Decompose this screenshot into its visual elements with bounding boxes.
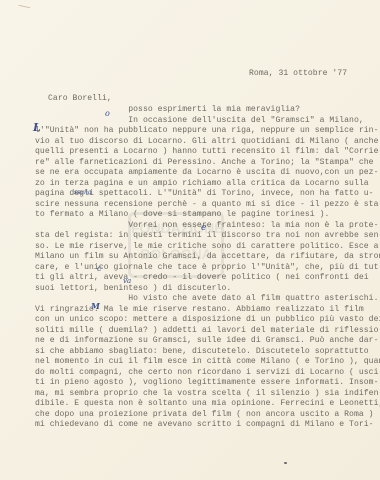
letter-line: re" alle farneticazioni di Peressino. An… <box>35 158 374 167</box>
letter-line: quelli presenti a Locarno ) hanno tutti … <box>35 147 380 156</box>
letter-line: si che abbiamo sbagliato: bene, discutet… <box>35 347 369 356</box>
letter-line: Milano un film su Antonio Gramsci, da ac… <box>35 252 380 261</box>
letter-line: che dopo una proiezione privata del film… <box>35 410 374 419</box>
letter-line: scire nessuna recensione perchè - a quan… <box>35 200 380 209</box>
letter-line: se ne era occupata ampiamente da Locarno… <box>35 168 379 177</box>
letter-line: ne e di informazione su Gramsci, sulle i… <box>35 336 379 345</box>
handwritten-correction: L <box>33 121 41 134</box>
letter-line: soliti mille ( duemila? ) addetti ai lav… <box>35 326 380 335</box>
letter-line: Vi ringrazio. Ma le mie riserve restano.… <box>35 305 364 314</box>
handwritten-correction: M <box>91 301 100 311</box>
letter-line: con un unico scopo: mettere a disposizio… <box>35 315 380 324</box>
letter-line: sta del regista: in questi termini il di… <box>35 231 380 240</box>
letter-line: nel momento in cui il film esce in città… <box>35 357 380 366</box>
letter-line: Vorrei non essere frainteso: la mia non … <box>35 221 379 230</box>
letter-salutation: Caro Borelli, <box>48 94 112 103</box>
letter-line: l'"Unità" non ha pubblicato neppure una … <box>35 126 379 135</box>
letter-date: Roma, 31 ottobre '77 <box>249 69 347 78</box>
letter-line: ma, mi sembra proprio che la vostra scel… <box>35 389 380 398</box>
letter-page: FONDAZIONE BOLOGNA Roma, 31 ottobre '77 … <box>0 0 380 480</box>
handwritten-correction: c <box>97 264 101 273</box>
letter-line: In occasione dell'uscita del "Gramsci" a… <box>35 116 364 125</box>
letter-line: zo in terza pagina e un ampio richiamo a… <box>35 179 369 188</box>
handwritten-correction: o <box>105 109 110 118</box>
letter-line: Ho visto che avete dato al film quattro … <box>35 294 379 303</box>
letter-line: mi chiedevano di come ne avevano scritto… <box>35 420 374 429</box>
handwritten-correction: ssuna <box>74 189 91 196</box>
letter-line: vio al tuo discorso di Locarno. Gli altr… <box>35 137 379 146</box>
handwritten-correction: e <box>201 223 206 233</box>
letter-line: suoi lettori, beninteso ) di discuterlo. <box>35 284 231 293</box>
ink-spot <box>284 462 287 464</box>
letter-line: posso esprimerti la mia meraviglia? <box>35 105 300 114</box>
letter-line: do molti compagni, che certo non ricorda… <box>35 368 380 377</box>
letter-line: care, e l'unico giornale che tace è prop… <box>35 263 380 272</box>
letter-line: ti in pieno agosto ), vogliono legittima… <box>35 378 379 387</box>
letter-line: so. Le mie riserve, le mie critiche sono… <box>35 242 379 251</box>
letter-line: to fermato a Milano ( dove si stampano l… <box>35 210 329 219</box>
letter-line: ti gli altri, aveva - credo - il dovere … <box>35 273 369 282</box>
handwritten-correction: va <box>123 277 131 285</box>
letter-line: dibile. E questa non è soltanto una mia … <box>35 399 380 408</box>
paper-fold-mark <box>18 5 31 11</box>
